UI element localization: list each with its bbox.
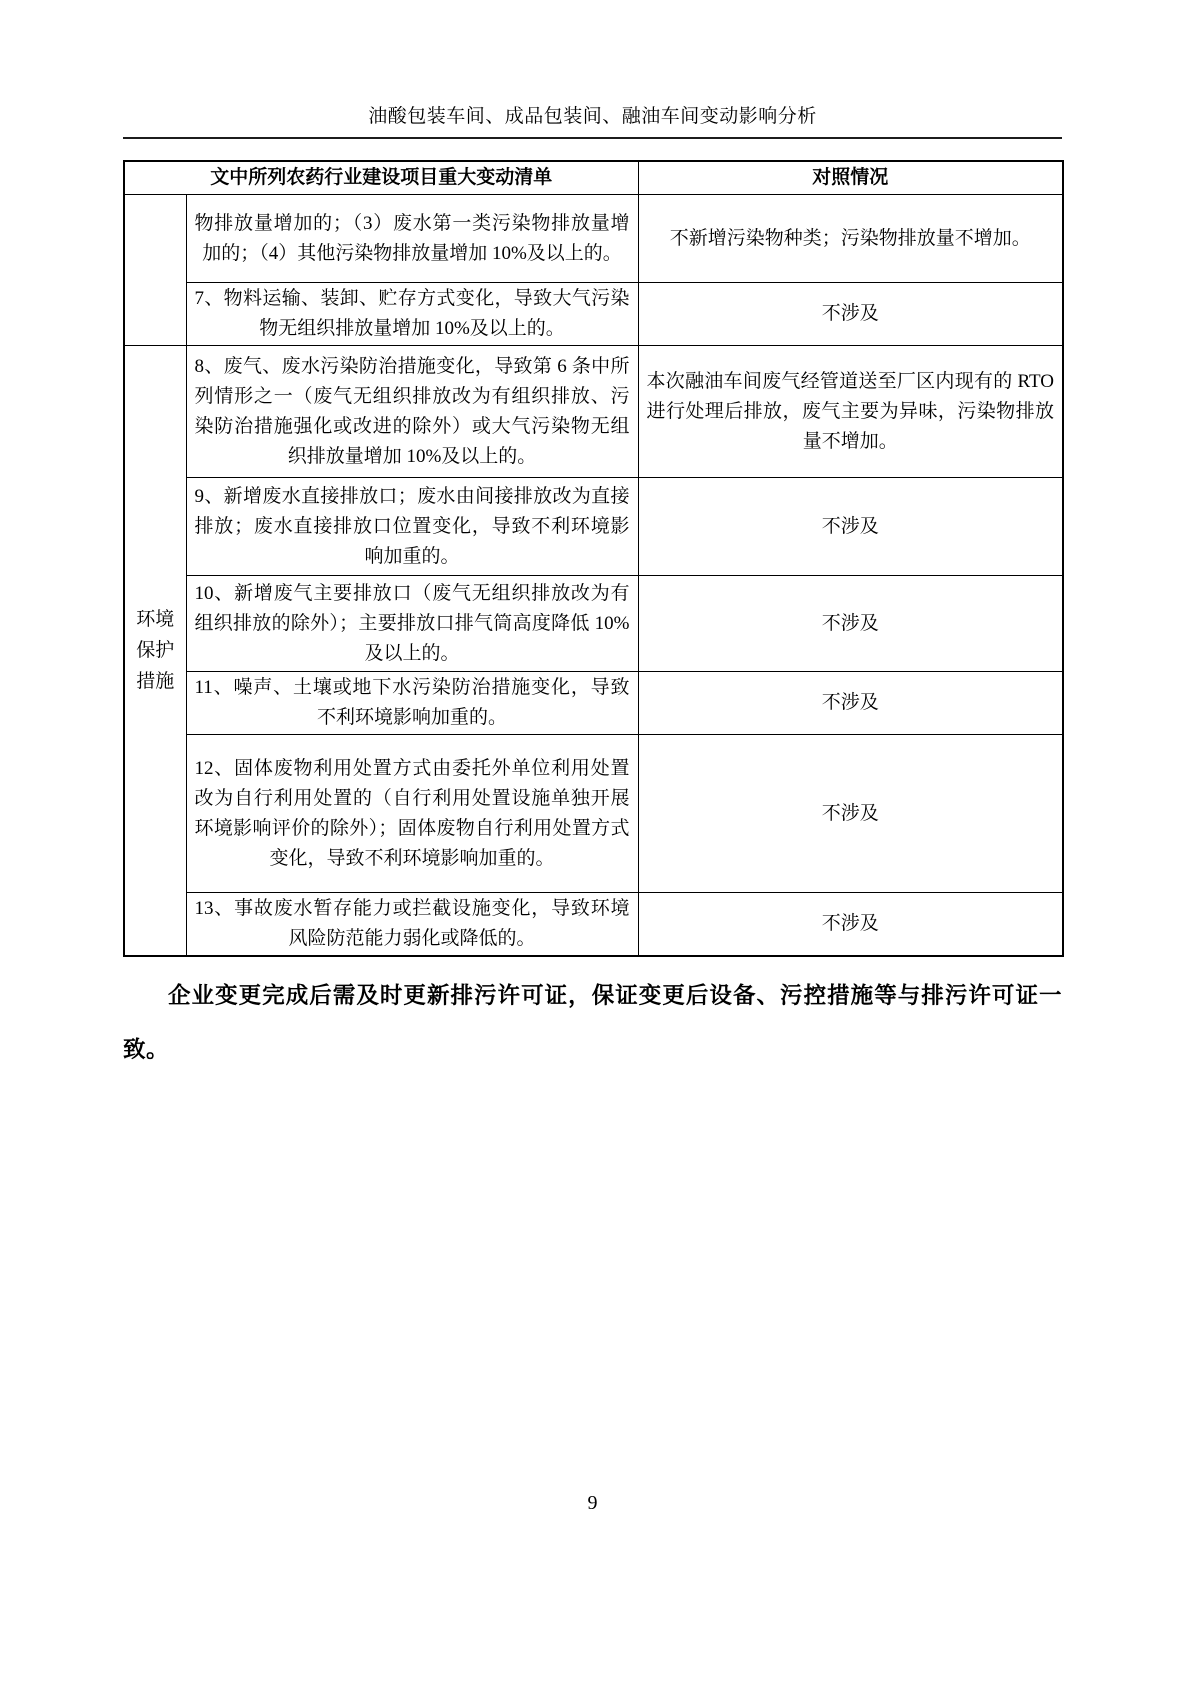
comparison-cell: 不涉及 <box>638 672 1063 735</box>
table-row: 9、新增废水直接排放口；废水由间接排放改为直接排放；废水直接排放口位置变化，导致… <box>124 478 1063 576</box>
page-content: 油酸包装车间、成品包装间、融油车间变动影响分析 文中所列农药行业建设项目重大变动… <box>123 0 1062 1077</box>
page-number: 9 <box>123 1492 1062 1515</box>
table-row: 11、噪声、土壤或地下水污染防治措施变化，导致不利环境影响加重的。 不涉及 <box>124 672 1063 735</box>
row-group-cell: 环境保护措施 <box>124 346 186 957</box>
comparison-cell: 不涉及 <box>638 893 1063 957</box>
comparison-cell: 本次融油车间废气经管道送至厂区内现有的 RTO 进行处理后排放，废气主要为异味，… <box>638 346 1063 478</box>
change-item-cell: 12、固体废物利用处置方式由委托外单位利用处置改为自行利用处置的（自行利用处置设… <box>186 735 638 893</box>
doc-header-title: 油酸包装车间、成品包装间、融油车间变动影响分析 <box>123 106 1062 128</box>
table-header-comparison: 对照情况 <box>638 161 1063 195</box>
change-item-cell: 物排放量增加的；（3）废水第一类污染物排放量增加的；（4）其他污染物排放量增加 … <box>186 195 638 283</box>
change-item-cell: 13、事故废水暂存能力或拦截设施变化，导致环境风险防范能力弱化或降低的。 <box>186 893 638 957</box>
table-row: 13、事故废水暂存能力或拦截设施变化，导致环境风险防范能力弱化或降低的。 不涉及 <box>124 893 1063 957</box>
row-group-empty-cell <box>124 195 186 346</box>
change-item-cell: 11、噪声、土壤或地下水污染防治措施变化，导致不利环境影响加重的。 <box>186 672 638 735</box>
change-item-cell: 7、物料运输、装卸、贮存方式变化，导致大气污染物无组织排放量增加 10%及以上的… <box>186 283 638 346</box>
comparison-cell: 不涉及 <box>638 478 1063 576</box>
comparison-cell: 不涉及 <box>638 283 1063 346</box>
change-item-cell: 10、新增废气主要排放口（废气无组织排放改为有组织排放的除外）；主要排放口排气筒… <box>186 576 638 672</box>
closing-paragraph: 企业变更完成后需及时更新排污许可证，保证变更后设备、污控措施等与排污许可证一致。 <box>123 969 1062 1077</box>
row-group-label: 环境保护措施 <box>134 604 176 697</box>
comparison-cell: 不涉及 <box>638 576 1063 672</box>
document-page: 油酸包装车间、成品包装间、融油车间变动影响分析 文中所列农药行业建设项目重大变动… <box>0 0 1190 1683</box>
table-row: 环境保护措施 8、废气、废水污染防治措施变化，导致第 6 条中所列情形之一（废气… <box>124 346 1063 478</box>
table-row: 12、固体废物利用处置方式由委托外单位利用处置改为自行利用处置的（自行利用处置设… <box>124 735 1063 893</box>
comparison-cell: 不涉及 <box>638 735 1063 893</box>
table-header-change-list: 文中所列农药行业建设项目重大变动清单 <box>124 161 638 195</box>
table-row: 物排放量增加的；（3）废水第一类污染物排放量增加的；（4）其他污染物排放量增加 … <box>124 195 1063 283</box>
comparison-cell: 不新增污染物种类；污染物排放量不增加。 <box>638 195 1063 283</box>
change-item-cell: 9、新增废水直接排放口；废水由间接排放改为直接排放；废水直接排放口位置变化，导致… <box>186 478 638 576</box>
table-row: 10、新增废气主要排放口（废气无组织排放改为有组织排放的除外）；主要排放口排气筒… <box>124 576 1063 672</box>
change-item-cell: 8、废气、废水污染防治措施变化，导致第 6 条中所列情形之一（废气无组织排放改为… <box>186 346 638 478</box>
table-header-row: 文中所列农药行业建设项目重大变动清单 对照情况 <box>124 161 1063 195</box>
major-change-comparison-table: 文中所列农药行业建设项目重大变动清单 对照情况 物排放量增加的；（3）废水第一类… <box>123 160 1064 957</box>
table-row: 7、物料运输、装卸、贮存方式变化，导致大气污染物无组织排放量增加 10%及以上的… <box>124 283 1063 346</box>
header-rule <box>123 137 1062 139</box>
